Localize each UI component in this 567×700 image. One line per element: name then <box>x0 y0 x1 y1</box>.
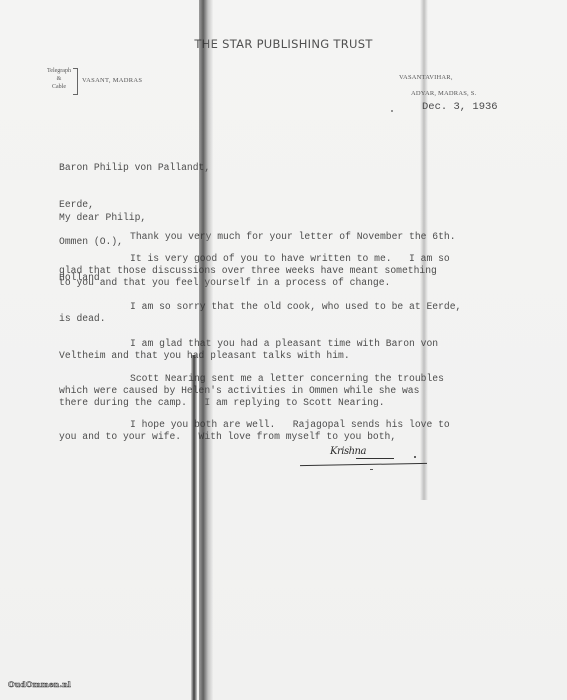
telegraph-address: VASANT, MADRAS <box>82 77 142 84</box>
paragraph-continuation: you and to your wife. With love from mys… <box>59 431 396 442</box>
watermark-logo: OudOmmen.nl <box>8 680 71 689</box>
salutation: My dear Philip, <box>59 212 146 224</box>
body-paragraph: I am glad that you had a pleasant time w… <box>59 338 438 362</box>
body-paragraph: I hope you both are well. Rajagopal send… <box>59 419 450 443</box>
signature-dot <box>414 456 416 458</box>
paragraph-first-line: I am so sorry that the old cook, who use… <box>130 301 461 312</box>
paragraph-continuation: which were caused by Helen's activities … <box>59 385 419 408</box>
letterhead-title: THE STAR PUBLISHING TRUST <box>0 37 567 51</box>
stray-mark <box>391 110 393 112</box>
paragraph-continuation: glad that those discussions over three w… <box>59 265 437 288</box>
brace-icon <box>73 68 78 95</box>
fold-crease-lower <box>191 355 197 700</box>
paragraph-first-line: I am glad that you had a pleasant time w… <box>130 338 438 349</box>
recipient-line: Eerde, <box>59 199 210 211</box>
sender-address: VASANTAVIHAR, ADYAR, MADRAS, S. <box>399 70 476 102</box>
telegraph-label-line: & <box>42 75 76 83</box>
paragraph-first-line: Scott Nearing sent me a letter concernin… <box>130 373 444 384</box>
recipient-line: Baron Philip von Pallandt, <box>59 162 210 174</box>
telegraph-label-line: Cable <box>42 83 76 91</box>
sender-address-line: ADYAR, MADRAS, S. <box>399 86 476 102</box>
letter-date: Dec. 3, 1936 <box>422 101 498 113</box>
signature-flourish <box>356 458 394 459</box>
signature: Krishna <box>330 446 366 457</box>
telegraph-label-line: Telegraph <box>42 67 76 75</box>
paragraph-continuation: is dead. <box>59 313 106 324</box>
fold-crease-main <box>199 0 213 700</box>
paragraph-first-line: Thank you very much for your letter of N… <box>130 231 456 242</box>
stray-mark <box>370 469 373 470</box>
body-paragraph: I am so sorry that the old cook, who use… <box>59 301 461 325</box>
sender-address-line: VASANTAVIHAR, <box>399 70 476 86</box>
body-paragraph: It is very good of you to have written t… <box>59 253 450 290</box>
paragraph-first-line: It is very good of you to have written t… <box>130 253 450 264</box>
paragraph-first-line: I hope you both are well. Rajagopal send… <box>130 419 450 430</box>
telegraph-label: Telegraph & Cable <box>42 67 76 91</box>
body-paragraph: Thank you very much for your letter of N… <box>59 231 456 243</box>
body-paragraph: Scott Nearing sent me a letter concernin… <box>59 373 444 410</box>
